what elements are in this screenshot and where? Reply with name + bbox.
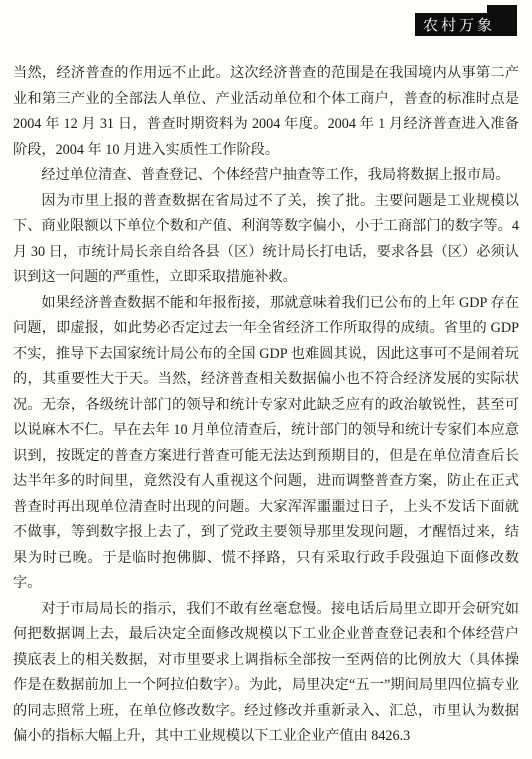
- section-header: 农村万象: [415, 13, 517, 36]
- paragraph: 经过单位清查、普查登记、个体经营户抽查等工作，我局将数据上报市局。: [13, 163, 519, 189]
- book-page: 农村万象 当然，经济普查的作用远不止此。这次经济普查的范围是在我国境内从事第二产…: [0, 0, 532, 759]
- paragraph: 如果经济普查数据不能和年报衔接，那就意味着我们已公布的上年 GDP 存在问题，即…: [13, 291, 519, 597]
- paragraph: 当然，经济普查的作用远不止此。这次经济普查的范围是在我国境内从事第二产业和第三产…: [13, 61, 519, 163]
- paragraph: 因为市里上报的普查数据在省局过不了关，挨了批。主要问题是工业规模以下、商业限额以…: [13, 189, 519, 291]
- paragraph: 对于市局局长的指示，我们不敢有丝毫怠慢。接电话后局里立即开会研究如何把数据调上去…: [13, 597, 519, 750]
- section-header-label: 农村万象: [423, 14, 495, 35]
- page-body: 当然，经济普查的作用远不止此。这次经济普查的范围是在我国境内从事第二产业和第三产…: [13, 61, 519, 750]
